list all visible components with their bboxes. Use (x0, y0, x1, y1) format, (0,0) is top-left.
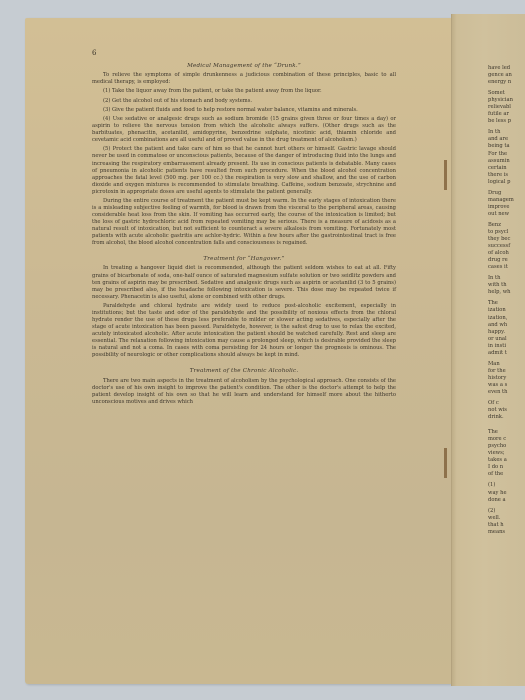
fragment-line: not wis (488, 407, 525, 414)
paragraph: (4) Use sedative or analgesic drugs such… (92, 116, 396, 144)
fragment-line: successf (488, 243, 525, 250)
fragment-line: and are (488, 136, 525, 143)
fragment-line: In th (488, 129, 525, 136)
section-heading: Medical Management of the “Drunk.” (92, 63, 396, 70)
fragment-line: help, wh (488, 289, 525, 296)
paragraph: (1) Take the liquor away from the patien… (92, 88, 396, 95)
fragment-line: with th (488, 282, 525, 289)
fragment-line: certain (488, 165, 525, 172)
fragment-line: happy. (488, 329, 525, 336)
fragment-line: means (488, 529, 525, 536)
fragment-line: improve (488, 204, 525, 211)
section-heading: Treatment of the Chronic Alcoholic. (92, 368, 396, 375)
fragment-line: In th (488, 275, 525, 282)
fragment-line: out new (488, 211, 525, 218)
fragment-line: gence an (488, 72, 525, 79)
fragment-line: managem (488, 197, 525, 204)
fragment-line: even th (488, 389, 525, 396)
fragment-line: (2) (488, 508, 525, 515)
paragraph: (2) Get the alcohol out of his stomach a… (92, 98, 396, 105)
fragment-line: that h (488, 522, 525, 529)
fragment-line: drink. (488, 414, 525, 421)
fragment-line: For the (488, 151, 525, 158)
fragment-line: more c (488, 436, 525, 443)
fragment-line: energy n (488, 79, 525, 86)
fragment-line: of alcoh (488, 250, 525, 257)
paragraph: In treating a hangover liquid diet is re… (92, 265, 396, 300)
fragment-line: psycho (488, 443, 525, 450)
fragment-line: was a s (488, 382, 525, 389)
left-page-text: Medical Management of the “Drunk.” To re… (92, 63, 396, 408)
paragraph: Paraldehyde and chloral hydrate are wide… (92, 303, 396, 359)
fragment-line: ization (488, 307, 525, 314)
fragment-line: of the (488, 471, 525, 478)
fragment-line: ization, (488, 315, 525, 322)
fragment-line: have led (488, 65, 525, 72)
right-page-text-fragment: have ledgence anenergy nSometphysicianre… (488, 65, 525, 536)
fragment-line: Drug (488, 190, 525, 197)
fragment-line: or unal (488, 336, 525, 343)
fragment-line: done a (488, 497, 525, 504)
fragment-line: futile ar (488, 111, 525, 118)
fragment-line: Of c (488, 400, 525, 407)
fragment-line: history (488, 375, 525, 382)
fragment-line: for the (488, 368, 525, 375)
paragraph: To relieve the symptoms of simple drunke… (92, 72, 396, 86)
paragraph: During the entire course of treatment th… (92, 198, 396, 247)
fragment-line: way he (488, 490, 525, 497)
fragment-line: and wh (488, 322, 525, 329)
paragraph: (3) Give the patient fluids and food to … (92, 107, 396, 114)
fragment-line: cases it (488, 264, 525, 271)
fragment-line: Somet (488, 90, 525, 97)
fragment-line: The (488, 429, 525, 436)
fragment-line: they bec (488, 236, 525, 243)
fragment-line: takes a (488, 457, 525, 464)
fragment-line: admit t (488, 350, 525, 357)
fragment-line: well. (488, 515, 525, 522)
page-number: 6 (92, 49, 96, 57)
fragment-line: being ta (488, 143, 525, 150)
fragment-line: views; (488, 450, 525, 457)
paragraph: There are two main aspects in the treatm… (92, 378, 396, 406)
tear-mark (444, 160, 447, 190)
tear-mark (444, 448, 447, 478)
fragment-line: be less p (488, 118, 525, 125)
fragment-line: in insti (488, 343, 525, 350)
fragment-line: physician (488, 97, 525, 104)
fragment-line: (1) (488, 482, 525, 489)
paragraph: (5) Protect the patient and take care of… (92, 146, 396, 195)
fragment-line: drug re (488, 257, 525, 264)
fragment-line: Benz (488, 222, 525, 229)
fragment-line: assumin (488, 158, 525, 165)
fragment-line: to psycl (488, 229, 525, 236)
fragment-line: there is (488, 172, 525, 179)
fragment-line: Man (488, 361, 525, 368)
fragment-line: I do n (488, 464, 525, 471)
fragment-line: logical p (488, 179, 525, 186)
fragment-line: The (488, 300, 525, 307)
fragment-line: relievabl (488, 104, 525, 111)
section-heading: Treatment for “Hangover.” (92, 256, 396, 263)
